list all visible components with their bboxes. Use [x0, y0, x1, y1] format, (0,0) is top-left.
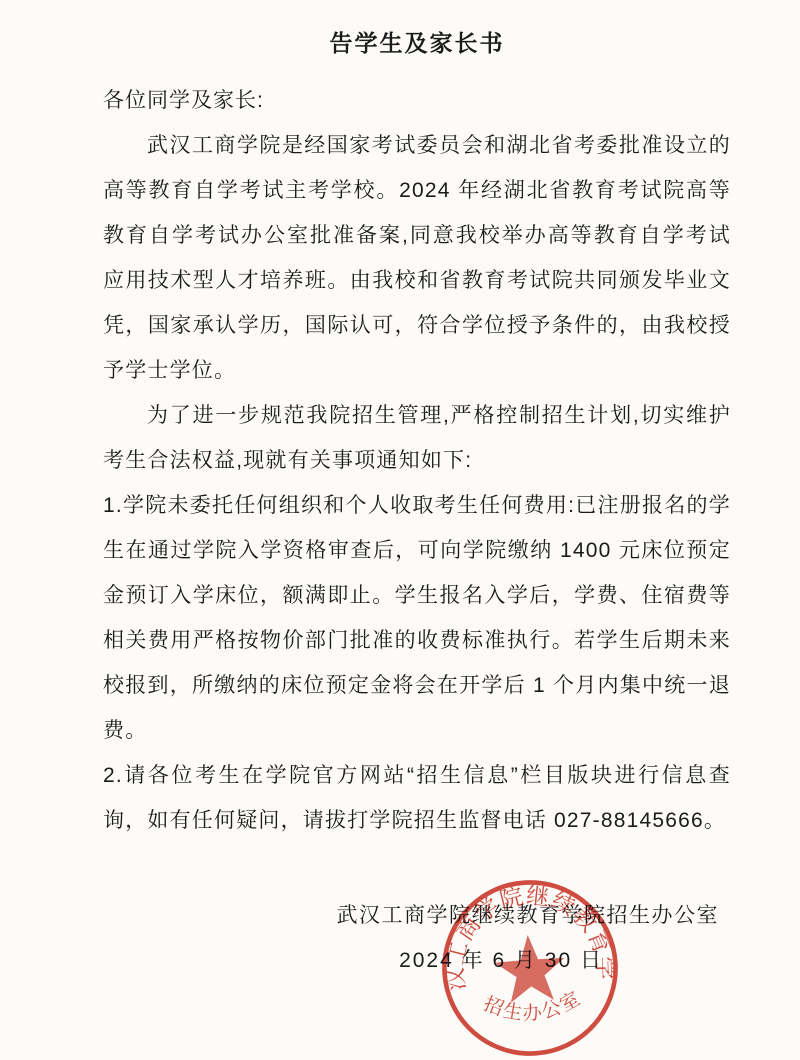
svg-text:招生办公室: 招生办公室 — [479, 986, 586, 1028]
salutation: 各位同学及家长: — [103, 78, 731, 123]
signature-office: 武汉工商学院继续教育学院招生办公室 — [103, 893, 731, 938]
paragraph-purpose: 为了进一步规范我院招生管理,严格控制招生计划,切实维护考生合法权益,现就有关事项… — [103, 393, 731, 483]
paragraph-item-1-fees: 1.学院未委托任何组织和个人收取考生任何费用:已注册报名的学生在通过学院入学资格… — [103, 483, 731, 753]
notice-body: 武汉工商学院是经国家考试委员会和湖北省考委批准设立的高等教育自学考试主考学校。2… — [103, 123, 731, 843]
paragraph-item-2-website: 2.请各位考生在学院官方网站“招生信息”栏目版块进行信息查询，如有任何疑问，请拔… — [103, 753, 731, 843]
signature-block: 武汉工商学院继续教育学院招生办公室 2024 年 6 月 30 日 — [103, 893, 731, 983]
document-title: 告学生及家长书 — [103, 22, 731, 64]
signature-date: 2024 年 6 月 30 日 — [103, 938, 731, 983]
seal-bottom-text: 招生办公室 — [479, 986, 586, 1028]
scanned-notice-page: 告学生及家长书 各位同学及家长: 武汉工商学院是经国家考试委员会和湖北省考委批准… — [0, 0, 800, 1060]
paragraph-intro: 武汉工商学院是经国家考试委员会和湖北省考委批准设立的高等教育自学考试主考学校。2… — [103, 123, 731, 393]
